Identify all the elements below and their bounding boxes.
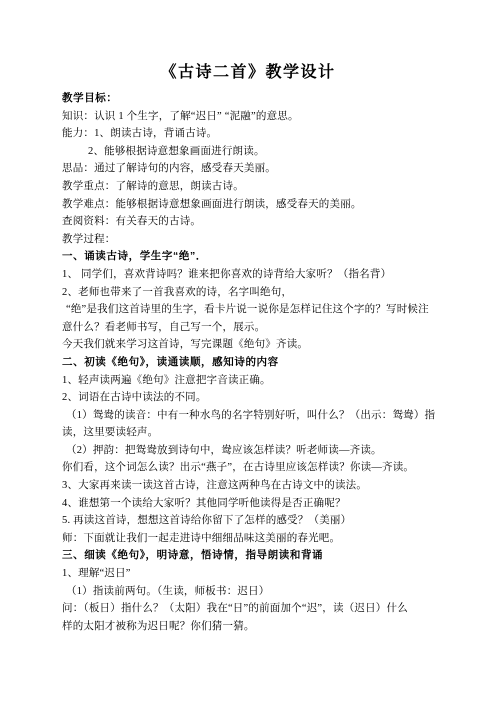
paragraph-line: “绝”是我们这首诗里的生字，看卡片说一说你是怎样记住这个字的？写时候注 — [62, 301, 434, 319]
paragraph-line: 教学难点：能够根据诗意想象画面进行朗读，感受春天的美丽。 — [62, 196, 434, 214]
paragraph-line: 5. 再读这首诗，想想这首诗给你留下了怎样的感受？（美丽） — [62, 512, 434, 530]
document-page: 《古诗二首》教学设计 教学目标：知识：认识 1 个生字，了解“迟日” “泥融”的… — [0, 0, 496, 702]
paragraph-line: 读，这里要读轻声。 — [62, 424, 434, 442]
paragraph-line: 二、初读《绝句》，读通读顺，感知诗的内容 — [62, 354, 434, 372]
paragraph-line: 查阅资料：有关春天的古诗。 — [62, 213, 434, 231]
paragraph-line: 思品：通过了解诗句的内容，感受春天美丽。 — [62, 160, 434, 178]
paragraph-line: 1、轻声读两遍《绝句》注意把字音读正确。 — [62, 372, 434, 390]
paragraph-line: 师：下面就让我们一起走进诗中细细品味这美丽的春光吧。 — [62, 530, 434, 548]
paragraph-line: 1、理解“迟日” — [62, 565, 434, 583]
page-title: 《古诗二首》教学设计 — [0, 0, 496, 84]
paragraph-line: 4、谁想第一个读给大家听？其他同学听他读得是否正确呢？ — [62, 495, 434, 513]
paragraph-line: 3、大家再来读一读这首古诗，注意这两种鸟在古诗文中的读法。 — [62, 477, 434, 495]
document-body: 教学目标：知识：认识 1 个生字，了解“迟日” “泥融”的意思。能力：1、朗读古… — [62, 90, 434, 635]
paragraph-line: 2、老师也带来了一首我喜欢的诗，名字叫绝句， — [62, 284, 434, 302]
paragraph-line: 你们看，这个词怎么读？出示“燕子”，在古诗里应该怎样读？你读—齐读。 — [62, 459, 434, 477]
paragraph-line: 知识：认识 1 个生字，了解“迟日” “泥融”的意思。 — [62, 108, 434, 126]
paragraph-line: 教学目标： — [62, 90, 434, 108]
paragraph-line: 教学重点：了解诗的意思，朗读古诗。 — [62, 178, 434, 196]
paragraph-line: （1）鸳鸯的读音：中有一种水鸟的名字特别好听，叫什么？（出示：鸳鸯）指 — [62, 407, 434, 425]
paragraph-line: 能力：1、朗读古诗，背诵古诗。 — [62, 125, 434, 143]
paragraph-line: 样的太阳才被称为迟日呢？你们猜一猜。 — [62, 618, 434, 636]
paragraph-line: 1、 同学们，喜欢背诗吗？谁来把你喜欢的诗背给大家听？（指名背） — [62, 266, 434, 284]
paragraph-line: 2、词语在古诗中读法的不同。 — [62, 389, 434, 407]
paragraph-line: 今天我们就来学习这首诗，写完课题《绝句》齐读。 — [62, 336, 434, 354]
paragraph-line: （2）押韵：把鸳鸯放到诗句中，鸯应该怎样读？听老师读—齐读。 — [62, 442, 434, 460]
paragraph-line: 一、诵读古诗，学生字“绝”． — [62, 248, 434, 266]
paragraph-line: 三、细读《绝句》，明诗意，悟诗情，指导朗读和背诵 — [62, 547, 434, 565]
paragraph-line: （1）指读前两句。（生读，师板书：迟日） — [62, 583, 434, 601]
paragraph-line: 问：（板日）指什么？（太阳）我在“日”的前面加个“迟”，读（迟日）什么 — [62, 600, 434, 618]
paragraph-line: 意什么？看老师书写，自己写一个，展示。 — [62, 319, 434, 337]
paragraph-line: 教学过程： — [62, 231, 434, 249]
paragraph-line: 2、能够根据诗意想象画面进行朗读。 — [62, 143, 434, 161]
